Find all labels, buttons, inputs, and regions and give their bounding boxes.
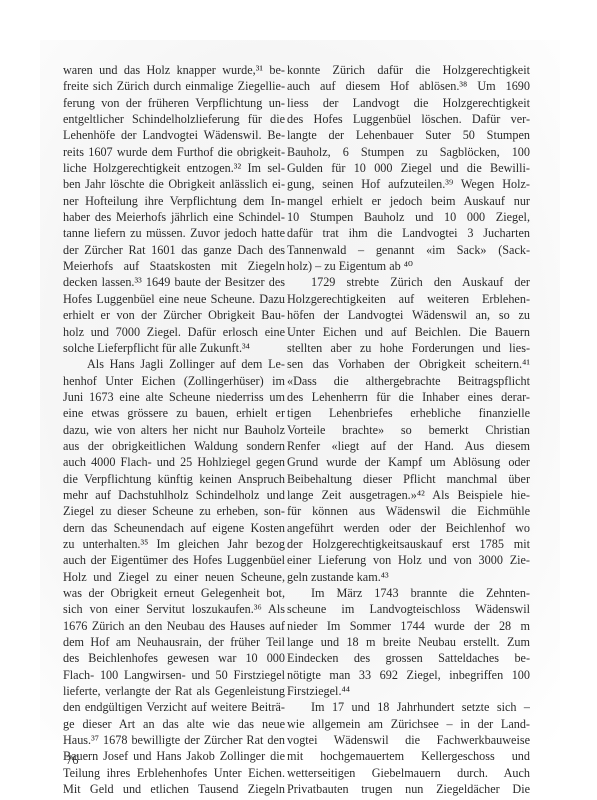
text-line: dafür trat ihm die Landvogtei 3 Jucharte… [287,225,530,241]
text-line: Mit Geld und etlichen Tausend Ziegeln [63,781,285,797]
text-line: Privatbauten trugen nun Ziegeldächer Die [287,781,530,797]
text-line: Holzgerechtigkeiten auf weiteren Erblehe… [287,291,530,307]
text-line: des Hofes Luggenbüel löschen. Dafür ver- [287,111,530,127]
text-line: Bauern Josef und Hans Jakob Zollinger di… [63,748,285,764]
text-line: aus der obrigkeitlichen Waldung sondern [63,438,285,454]
text-line: 10 Stumpen Bauholz und 10 000 Ziegel, [287,209,530,225]
text-line: der Holzgerechtigkeitsauskauf erst 1785 … [287,536,530,552]
text-line: ben Jahr löschte die Obrigkeit anlässlic… [63,176,285,192]
text-line: liche Holzgerechtigkeit entzogen.³² Im s… [63,160,285,176]
text-line: die Verpflichtung künftig keinen Anspruc… [63,471,285,487]
text-line: nieder Im Sommer 1744 wurde der 28 m [287,618,530,634]
text-line: einer Lieferung von Holz und von 3000 Zi… [287,552,530,568]
text-line: zu unterhalten.³⁵ Im gleichen Jahr bezog [63,536,285,552]
text-line: vogtei Wädenswil die Fachwerkbauweise [287,732,530,748]
text-line: eine etwas grössere zu bauen, erhielt er [63,405,285,421]
text-line: gung, seinen Hof aufzuteilen.³⁹ Wegen Ho… [287,176,530,192]
text-line: Vorteile brachte» so bemerkt Christian [287,422,530,438]
text-line: lange Zeit ausgetragen.»⁴² Als Beispiele… [287,487,530,503]
text-line: Bauholz, 6 Stumpen zu Sagblöcken, 100 [287,144,530,160]
text-line: Haus.³⁷ 1678 bewilligte der Zürcher Rat … [63,732,285,748]
text-line: 1729 strebte Zürich den Auskauf der [287,274,530,290]
text-line: ferung von der früheren Verpflichtung un… [63,95,285,111]
text-line: «Dass die althergebrachte Beitragspflich… [287,373,530,389]
text-line: holz) – zu Eigentum ab ⁴⁰ [287,258,530,274]
text-line: decken lassen.³³ 1649 baute der Besitzer… [63,274,285,290]
text-line: mit hochgemauertem Kellergeschoss und [287,748,530,764]
text-line: Tannenwald – genannt «im Sack» (Sack- [287,242,530,258]
text-line: konnte Zürich dafür die Holzgerechtigkei… [287,62,530,78]
text-line: reits 1607 wurde dem Furthof die obrigke… [63,144,285,160]
right-text-column: konnte Zürich dafür die Holzgerechtigkei… [287,62,530,797]
text-line: Firstziegel.⁴⁴ [287,683,530,699]
text-line: lieferte, verlangte der Rat als Gegenlei… [63,683,285,699]
text-line: entgeltlicher Schindelholzlieferung für … [63,111,285,127]
text-line: Eindecken des grossen Satteldaches be- [287,650,530,666]
text-line: liess der Landvogt die Holzgerechtigkeit [287,95,530,111]
text-line: Unter Eichen und auf Beichlen. Die Bauer… [287,324,530,340]
text-line: auch der Eigentümer des Hofes Luggenbüel [63,552,285,568]
text-line: mangel erhielt er jedoch beim Auskauf nu… [287,193,530,209]
text-line: solche Lieferpflicht für alle Zukunft.³⁴ [63,340,285,356]
text-line: Flach- 100 Langwirsen- und 50 Firstziege… [63,667,285,683]
text-line: dem Hof am Neuhausrain, der früher Teil [63,634,285,650]
text-line: auch 4000 Flach- und 25 Hohlziegel gegen [63,454,285,470]
text-line: lange und 18 m breite Neubau erstellt. Z… [287,634,530,650]
text-line: holz und 7000 Ziegel. Dafür erlosch eine [63,324,285,340]
text-line: erhielt er von der Zürcher Obrigkeit Bau… [63,307,285,323]
text-line: dern das Scheunendach auf eigene Kosten [63,520,285,536]
text-line: Teilung ihres Erblehenhofes Unter Eichen… [63,765,285,781]
text-line: freite sich Zürich durch einmalige Ziege… [63,78,285,94]
text-line: ge dieser Art an das alte wie das neue [63,716,285,732]
text-line: mehr auf Dachstuhlholz Schindelholz und [63,487,285,503]
text-line: Holz und Ziegel zu einer neuen Scheune, [63,569,285,585]
text-line: Beibehaltung dieser Pflicht manchmal übe… [287,471,530,487]
text-line: Renfer «liegt auf der Hand. Aus diesem [287,438,530,454]
text-line: Im März 1743 brannte die Zehnten- [287,585,530,601]
text-line: wie allgemein am Zürichsee – in der Land… [287,716,530,732]
text-line: Lehenhöfe der Landvogtei Wädenswil. Be- [63,127,285,143]
text-line: Als Hans Jagli Zollinger auf dem Le- [63,356,285,372]
text-line: Meierhofs auf Staatskosten mit Ziegeln [63,258,285,274]
text-line: nötigte man 33 692 Ziegel, inbegriffen 1… [287,667,530,683]
text-line: Juni 1673 eine alte Scheune niederriss u… [63,389,285,405]
text-line: sen das Vorhaben der Obrigkeit scheitern… [287,356,530,372]
text-line: höfen der Landvogtei Wädenswil an, so zu [287,307,530,323]
text-line: was der Obrigkeit erneut Gelegenheit bot… [63,585,285,601]
text-line: Gulden für 10 000 Ziegel und die Bewilli… [287,160,530,176]
text-line: wetterseitigen Giebelmauern durch. Auch [287,765,530,781]
text-line: des Lehenherrn für die Inhaber eines der… [287,389,530,405]
text-line: Hofes Luggenbüel eine neue Scheune. Dazu [63,291,285,307]
text-line: Im 17 und 18 Jahrhundert setzte sich – [287,699,530,715]
text-line: geln zustande kam.⁴³ [287,569,530,585]
text-line: der Zürcher Rat 1601 das ganze Dach des [63,242,285,258]
text-line: für können aus Wädenswil die Eichmühle [287,503,530,519]
text-line: tigen Lehenbriefes erhebliche finanziell… [287,405,530,421]
text-line: angeführt werden oder der Beichlenhof wo [287,520,530,536]
text-line: 1676 Zürich an den Neubau des Hauses auf [63,618,285,634]
text-line: ner Hofteilung ihre Verpflichtung dem In… [63,193,285,209]
text-line: dazu, wie von alters her nicht nur Bauho… [63,422,285,438]
text-line: waren und das Holz knapper wurde,³¹ be- [63,62,285,78]
text-line: den endgültigen Verzicht auf weitere Bei… [63,699,285,715]
text-line: henhof Unter Eichen (Zollingerhüser) im [63,373,285,389]
text-line: des Beichlenhofes gewesen war 10 000 [63,650,285,666]
text-line: Ziegel zu dieser Scheune zu erheben, son… [63,503,285,519]
text-line: tanne liefern zu müssen. Zuvor jedoch ha… [63,225,285,241]
page-number: 76 [66,753,79,768]
text-line: scheune im Landvogteischloss Wädenswil [287,601,530,617]
left-text-column: waren und das Holz knapper wurde,³¹ be-f… [63,62,285,797]
text-line: langte der Lehenbauer Suter 50 Stumpen [287,127,530,143]
text-line: Grund wurde der Kampf um Ablösung oder [287,454,530,470]
text-line: stellten aber zu hohe Forderungen und li… [287,340,530,356]
text-line: auch auf diesem Hof ablösen.³⁸ Um 1690 [287,78,530,94]
text-line: sich von einer Servitut loszukaufen.³⁶ A… [63,601,285,617]
text-line: haber des Meierhofs jährlich eine Schind… [63,209,285,225]
